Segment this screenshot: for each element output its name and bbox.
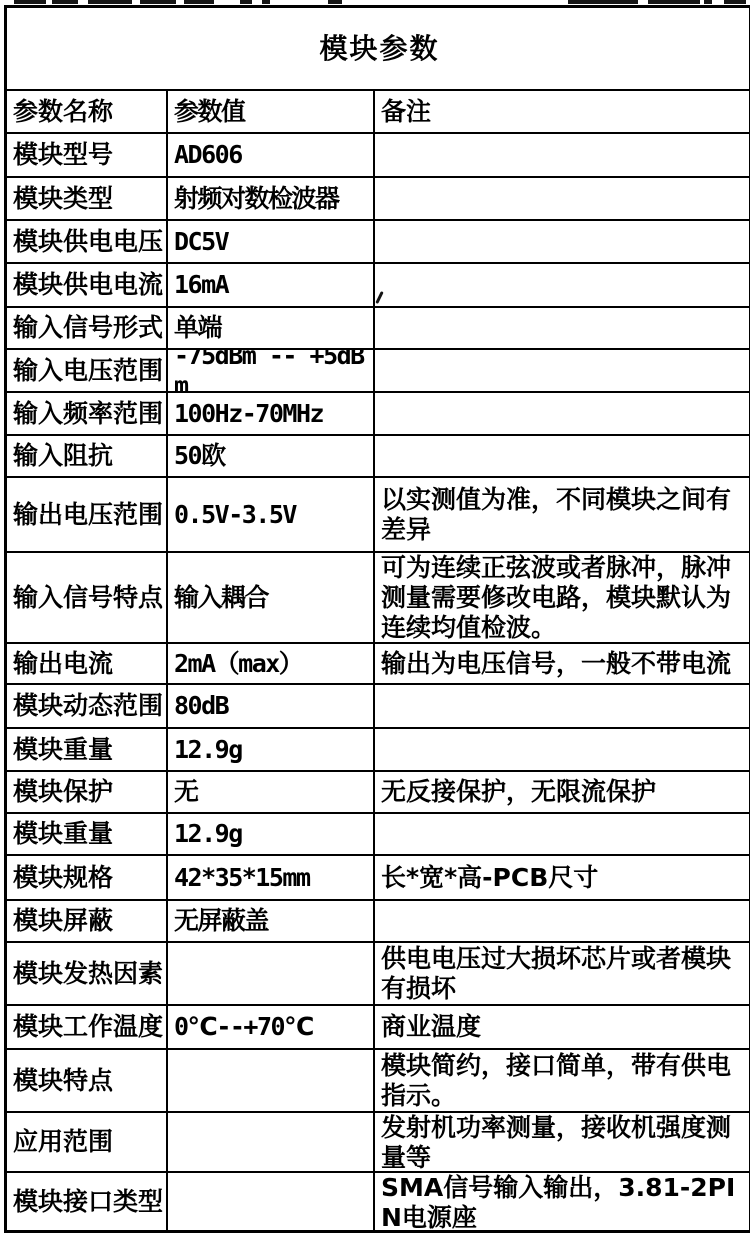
param-value-cell: 2mA（max）: [166, 644, 373, 683]
title-row: 模块参数: [7, 8, 749, 89]
table-row: 模块保护 无 无反接保护，无限流保护: [7, 770, 749, 812]
scan-edge-artifact: [184, 0, 214, 4]
param-value-cell: 42*35*15mm: [166, 856, 373, 899]
table-row: 模块规格 42*35*15mm 长*宽*高-PCB尺寸: [7, 854, 749, 899]
param-note-cell: [373, 729, 749, 770]
table-row: 模块特点 模块简约，接口简单，带有供电指示。: [7, 1048, 749, 1111]
param-value-cell: 0℃--+70℃: [166, 1006, 373, 1048]
scan-edge-artifact: [262, 0, 270, 4]
param-name-cell: 输入电压范围: [7, 350, 166, 391]
param-note-cell: SMA信号输入输出，3.81-2PIN电源座: [373, 1173, 749, 1230]
table-row: 输入频率范围 100Hz-70MHz: [7, 391, 749, 434]
param-note-cell: 长*宽*高-PCB尺寸: [373, 856, 749, 899]
param-value-cell: [166, 1050, 373, 1111]
param-name-cell: 模块规格: [7, 856, 166, 899]
param-note-cell: [373, 350, 749, 391]
table-row: 输入信号形式 单端: [7, 306, 749, 348]
table-row: 模块型号 AD606: [7, 132, 749, 176]
param-note-cell: 输出为电压信号，一般不带电流: [373, 644, 749, 683]
param-name-cell: 模块供电电流: [7, 264, 166, 306]
param-name-cell: 输出电压范围: [7, 478, 166, 551]
param-value-cell: 80dB: [166, 685, 373, 727]
table-row: 应用范围 发射机功率测量，接收机强度测量等: [7, 1111, 749, 1171]
param-value-cell: 单端: [166, 308, 373, 348]
scan-edge-artifact: [724, 0, 746, 4]
param-name-cell: 模块接口类型: [7, 1173, 166, 1230]
param-note-cell: 模块简约，接口简单，带有供电指示。: [373, 1050, 749, 1111]
param-note-cell: [373, 178, 749, 219]
table-row: 输入电压范围 -75dBm -- +5dBm: [7, 348, 749, 391]
param-value-cell: 射频对数检波器: [166, 178, 373, 219]
param-name-cell: 输入阻抗: [7, 436, 166, 476]
param-name-cell: 模块重量: [7, 729, 166, 770]
param-note-cell: 供电电压过大损坏芯片或者模块有损坏: [373, 943, 749, 1004]
param-note-cell: [373, 221, 749, 262]
param-name-cell: 输出电流: [7, 644, 166, 683]
param-value-cell: 0.5V-3.5V: [166, 478, 373, 551]
param-value-cell: 12.9g: [166, 729, 373, 770]
param-name-cell: 模块特点: [7, 1050, 166, 1111]
param-name-cell: 模块屏蔽: [7, 901, 166, 941]
scan-edge-artifact: [568, 0, 638, 4]
table-row: 模块屏蔽 无屏蔽盖: [7, 899, 749, 941]
table-row: 模块工作温度 0℃--+70℃ 商业温度: [7, 1004, 749, 1048]
table-row: 模块重量 12.9g: [7, 727, 749, 770]
page-title: 模块参数: [7, 8, 749, 89]
column-header-name: 参数名称: [7, 91, 166, 132]
scan-edge-artifact: [88, 0, 132, 4]
param-value-cell: DC5V: [166, 221, 373, 262]
param-value-cell: 无屏蔽盖: [166, 901, 373, 941]
scan-edge-artifact: [648, 0, 700, 4]
param-value-cell: AD606: [166, 134, 373, 176]
column-header-value: 参数值: [166, 91, 373, 132]
table-row: 输出电流 2mA（max） 输出为电压信号，一般不带电流: [7, 642, 749, 683]
param-name-cell: 模块发热因素: [7, 943, 166, 1004]
param-note-cell: [373, 134, 749, 176]
param-note-cell: [373, 685, 749, 727]
param-value-cell: -75dBm -- +5dBm: [166, 350, 373, 391]
param-value-cell: 16mA: [166, 264, 373, 306]
table-row: 模块类型 射频对数检波器: [7, 176, 749, 219]
scan-edge-artifact: [52, 0, 78, 4]
param-name-cell: 模块保护: [7, 772, 166, 812]
column-header-note: 备注: [373, 91, 749, 132]
scan-edge-artifact: [14, 0, 46, 4]
param-name-cell: 应用范围: [7, 1113, 166, 1171]
table-row: 模块接口类型 SMA信号输入输出，3.81-2PIN电源座: [7, 1171, 749, 1230]
param-name-cell: 模块类型: [7, 178, 166, 219]
param-name-cell: 模块动态范围: [7, 685, 166, 727]
param-note-cell: 可为连续正弦波或者脉冲，脉冲测量需要修改电路，模块默认为连续均值检波。: [373, 553, 749, 642]
param-note-cell: [373, 264, 749, 306]
param-value-cell: [166, 1113, 373, 1171]
param-value-cell: 输入耦合: [166, 553, 373, 642]
header-row: 参数名称 参数值 备注: [7, 89, 749, 132]
scan-edge-artifact: [328, 0, 342, 4]
param-value-cell: [166, 943, 373, 1004]
scan-edge-artifact: [140, 0, 176, 4]
scan-edge-artifact: [240, 0, 252, 4]
param-note-cell: 商业温度: [373, 1006, 749, 1048]
param-note-cell: 以实测值为准，不同模块之间有差异: [373, 478, 749, 551]
param-note-cell: [373, 436, 749, 476]
param-note-cell: 无反接保护，无限流保护: [373, 772, 749, 812]
param-value-cell: 无: [166, 772, 373, 812]
param-name-cell: 输入信号特点: [7, 553, 166, 642]
table-row: 模块重量 12.9g: [7, 812, 749, 854]
table-row: 模块发热因素 供电电压过大损坏芯片或者模块有损坏: [7, 941, 749, 1004]
param-note-cell: [373, 308, 749, 348]
param-value-cell: 100Hz-70MHz: [166, 393, 373, 434]
table-row: 输入阻抗 50欧: [7, 434, 749, 476]
scan-edge-artifact: [704, 0, 712, 4]
param-note-cell: [373, 393, 749, 434]
param-value-cell: 12.9g: [166, 814, 373, 854]
param-name-cell: 模块型号: [7, 134, 166, 176]
param-name-cell: 模块重量: [7, 814, 166, 854]
param-name-cell: 模块供电电压: [7, 221, 166, 262]
table-row: 输出电压范围 0.5V-3.5V 以实测值为准，不同模块之间有差异: [7, 476, 749, 551]
param-value-cell: [166, 1173, 373, 1230]
table-row: 模块供电电压 DC5V: [7, 219, 749, 262]
table-row: 模块动态范围 80dB: [7, 683, 749, 727]
param-value-cell: 50欧: [166, 436, 373, 476]
param-name-cell: 输入信号形式: [7, 308, 166, 348]
param-note-cell: [373, 901, 749, 941]
param-name-cell: 输入频率范围: [7, 393, 166, 434]
table-row: 输入信号特点 输入耦合 可为连续正弦波或者脉冲，脉冲测量需要修改电路，模块默认为…: [7, 551, 749, 642]
param-note-cell: 发射机功率测量，接收机强度测量等: [373, 1113, 749, 1171]
param-note-cell: [373, 814, 749, 854]
module-parameters-table: 模块参数 参数名称 参数值 备注 模块型号 AD606 模块类型 射频对数检波器…: [4, 5, 750, 1233]
param-name-cell: 模块工作温度: [7, 1006, 166, 1048]
